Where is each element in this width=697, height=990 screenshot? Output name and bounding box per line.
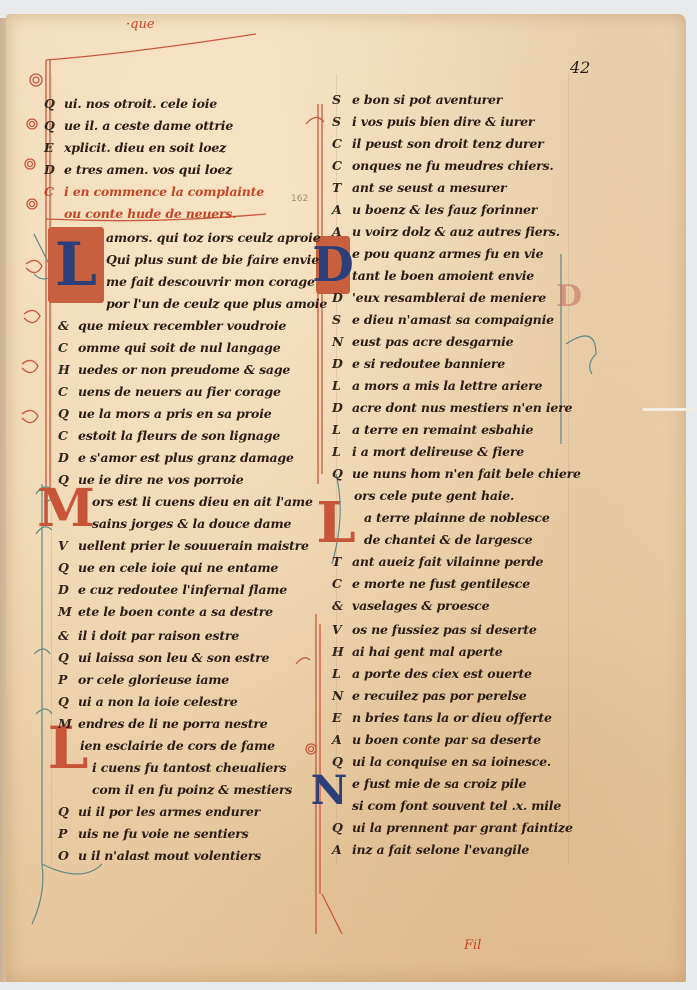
- verse-line: com il en fu poinz & mestiers: [92, 782, 292, 797]
- verse-line: Qui il por les armes endurer: [58, 804, 260, 819]
- verse-line: de chantei & de largesce: [364, 532, 532, 547]
- verse-line: &vaselages & proesce: [332, 598, 489, 613]
- verse-line: De tres amen. vos qui loez: [44, 162, 232, 177]
- verse-line: Se bon si pot aventurer: [332, 92, 502, 107]
- verse-line: e pou quanz armes fu en vie: [352, 246, 543, 261]
- verse-line: Huedes or non preudome & sage: [58, 362, 290, 377]
- verse-line: La porte des ciex est ouerte: [332, 666, 532, 681]
- verse-line: Li a mort delireuse & fiere: [332, 444, 524, 459]
- verse-line: Mete le boen conte a sa destre: [58, 604, 273, 619]
- verse-line: si com font souvent tel .x. mile: [352, 798, 561, 813]
- pencil-annotation: 162: [291, 194, 308, 204]
- folio-number: 42: [570, 58, 590, 77]
- verse-line: sains jorges & la douce dame: [92, 516, 291, 531]
- verse-line: Neust pas acre desgarnie: [332, 334, 513, 349]
- manuscript-folio: 42 ·que 162 Fil: [6, 14, 686, 982]
- verse-line: &il i doit par raison estre: [58, 628, 239, 643]
- verse-line: D'eux resamblerai de meniere: [332, 290, 546, 305]
- verse-line: Cuens de neuers au fier corage: [58, 384, 281, 399]
- verse-line: Au boen conte par sa deserte: [332, 732, 541, 747]
- verse-line: por l'un de ceulz que plus amoie: [106, 296, 327, 311]
- initial-N-decorated: N: [312, 766, 346, 814]
- verse-line: ien esclairie de cors de fame: [80, 738, 275, 753]
- verse-line: Qui la conquise en sa ioinesce.: [332, 754, 551, 769]
- initial-M-decorated: M: [42, 478, 90, 538]
- verse-line: amors. qui toz iors ceulz aproie: [106, 230, 320, 245]
- verse-line: Mendres de li ne porra nestre: [58, 716, 268, 731]
- verse-line: De si redoutee banniere: [332, 356, 505, 371]
- verse-line: Comme qui soit de nul langage: [58, 340, 280, 355]
- rubric-line: Ci en commence la complainte: [44, 184, 264, 199]
- verse-line: Que il. a ceste dame ottrie: [44, 118, 233, 133]
- verse-line: Vuellent prier le souuerain maistre: [58, 538, 309, 553]
- verse-line: De s'amor est plus granz damage: [58, 450, 294, 465]
- footer-mark: Fil: [464, 938, 481, 953]
- verse-line: Au voirz dolz & auz autres fiers.: [332, 224, 560, 239]
- verse-line: Que la mors a pris en sa proie: [58, 406, 272, 421]
- verse-line: Ou il n'alast mout volentiers: [58, 848, 261, 863]
- verse-line: me fait descouvrir mon corage: [106, 274, 315, 289]
- verse-line: Qui plus sunt de bie faire envie: [106, 252, 319, 267]
- verse-line: De cuz redoutee l'infernal flame: [58, 582, 287, 597]
- verse-line: Conques ne fu meudres chiers.: [332, 158, 554, 173]
- verse-line: tant le boen amoient envie: [352, 268, 534, 283]
- verse-line: En bries tans la or dieu offerte: [332, 710, 552, 725]
- verse-line: Qui la prennent par grant faintize: [332, 820, 573, 835]
- verse-line: Vos ne fussiez pas si deserte: [332, 622, 537, 637]
- verse-line: Ainz a fait selone l'evangile: [332, 842, 529, 857]
- verse-line: Que ie dire ne vos porroie: [58, 472, 244, 487]
- verse-line: ors est li cuens dieu en ait l'ame: [92, 494, 313, 509]
- initial-L-decorated: L: [48, 227, 104, 303]
- verse-line: e fust mie de sa croiz pile: [352, 776, 526, 791]
- verse-line: Tant aueiz fait vilainne perde: [332, 554, 543, 569]
- verse-line: Hai hai gent mal aperte: [332, 644, 503, 659]
- verse-line: ors cele pute gent haie.: [354, 488, 514, 503]
- initial-L-decorated: L: [314, 492, 358, 554]
- rubric-line: ou conte hude de neuers.: [64, 206, 236, 221]
- initial-D-decorated: D: [316, 236, 350, 294]
- verse-line: i cuens fu tantost cheualiers: [92, 760, 286, 775]
- verse-line: Cestoit la fleurs de son lignage: [58, 428, 280, 443]
- verse-line: La mors a mis la lettre ariere: [332, 378, 542, 393]
- verse-line: Qui a non la ioie celestre: [58, 694, 237, 709]
- verse-line: Por cele glorieuse iame: [58, 672, 229, 687]
- verse-line: Que en cele ioie qui ne entame: [58, 560, 278, 575]
- verse-line: Qui. nos otroit. cele ioie: [44, 96, 217, 111]
- verse-line: a terre plainne de noblesce: [364, 510, 550, 525]
- verse-line: Cil peust son droit tenz durer: [332, 136, 544, 151]
- page-tear: [642, 408, 696, 411]
- verse-line: La terre en remaint esbahie: [332, 422, 533, 437]
- verse-line: Si vos puis bien dire & iurer: [332, 114, 534, 129]
- verse-line: Explicit. dieu en soit loez: [44, 140, 226, 155]
- verse-line: Puis ne fu voie ne sentiers: [58, 826, 248, 841]
- bleedthrough-initial: D: [554, 276, 584, 316]
- verse-line: Ne recuilez pas por perelse: [332, 688, 526, 703]
- verse-line: Ce morte ne fust gentilesce: [332, 576, 530, 591]
- verse-line: Tant se seust a mesurer: [332, 180, 506, 195]
- verse-line: Se dieu n'amast sa compaignie: [332, 312, 554, 327]
- verse-line: Que nuns hom n'en fait bele chiere: [332, 466, 581, 481]
- verse-line: Au boenz & les fauz forinner: [332, 202, 537, 217]
- verse-line: Qui laissa son leu & son estre: [58, 650, 269, 665]
- verse-line: &que mieux recembler voudroie: [58, 318, 286, 333]
- verse-line: Dacre dont nus mestiers n'en iere: [332, 400, 572, 415]
- header-mark: ·que: [126, 17, 155, 32]
